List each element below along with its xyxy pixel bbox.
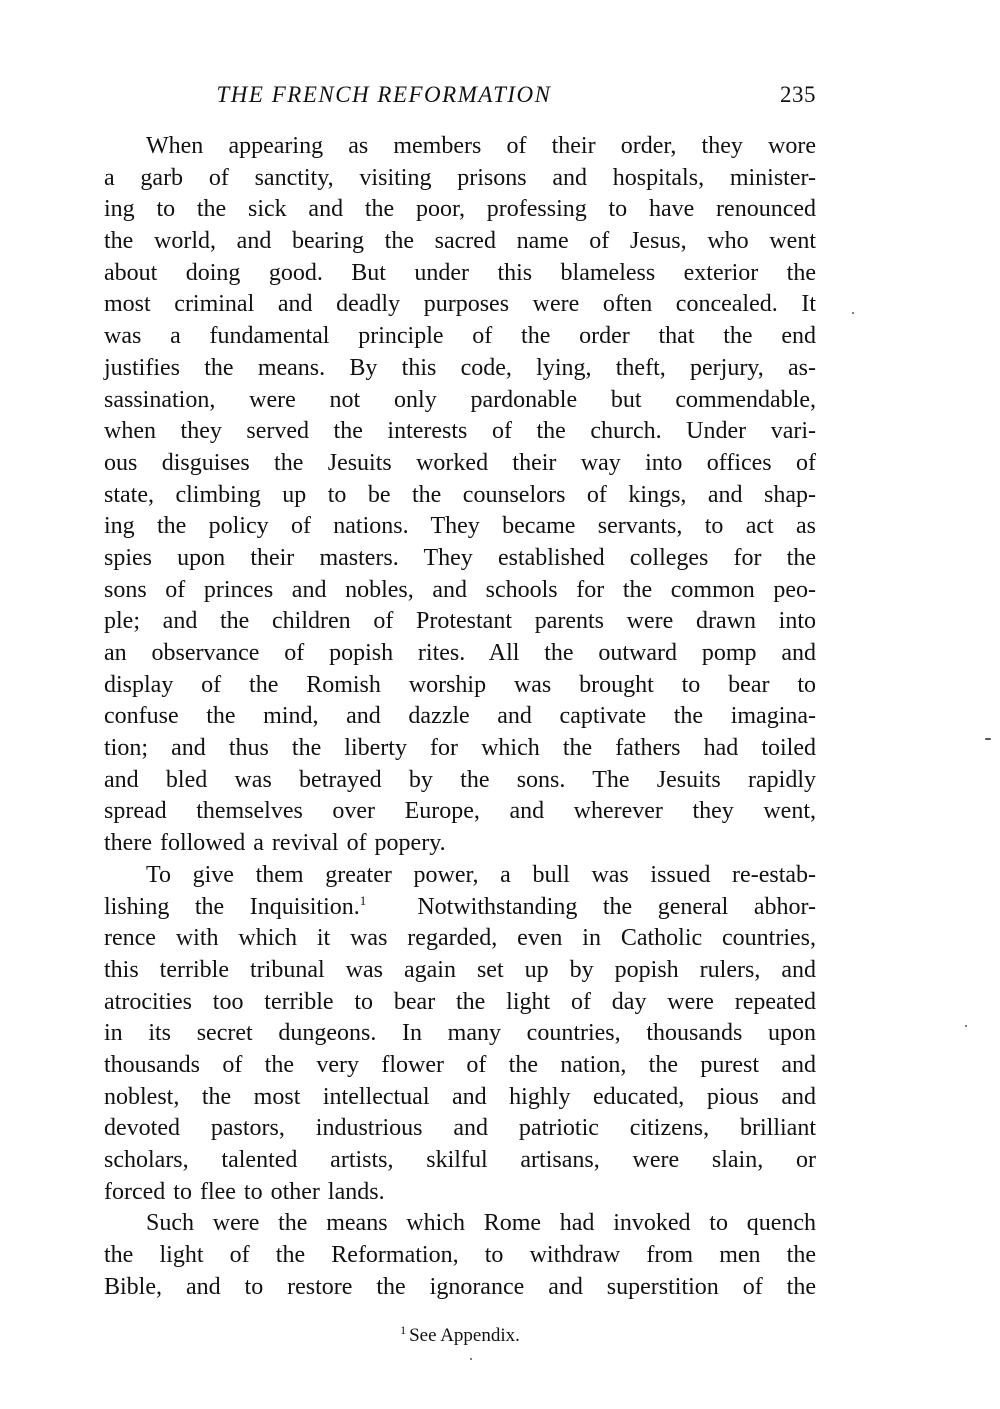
text-line: Such were the means which Rome had invok… xyxy=(104,1208,816,1240)
text-line: forced to flee to other lands. xyxy=(104,1177,816,1209)
text-line: noblest, the most intellectual and highl… xyxy=(104,1082,816,1114)
text-line: display of the Romish worship was brough… xyxy=(104,670,816,702)
text-line: sons of princes and nobles, and schools … xyxy=(104,575,816,607)
footnote-text: See Appendix. xyxy=(409,1325,520,1346)
text-line: When appearing as members of their order… xyxy=(104,131,816,163)
text-line: ple; and the children of Protestant pare… xyxy=(104,606,816,638)
text-line: ing the policy of nations. They became s… xyxy=(104,511,816,543)
scan-speck xyxy=(965,1025,967,1027)
paragraph-2: To give them greater power, a bull was i… xyxy=(104,860,816,1209)
text-line: there followed a revival of popery. xyxy=(104,828,816,860)
text-line: atrocities too terrible to bear the ligh… xyxy=(104,987,816,1019)
text-line: about doing good. But under this blamele… xyxy=(104,258,816,290)
text-line: a garb of sanctity, visiting prisons and… xyxy=(104,163,816,195)
scan-speck xyxy=(985,738,991,740)
scan-speck xyxy=(470,1358,472,1360)
text-fragment: lishing the Inquisition. xyxy=(104,894,360,920)
text-line: ing to the sick and the poor, professing… xyxy=(104,194,816,226)
text-line: sassination, were not only pardonable bu… xyxy=(104,385,816,417)
footnote: 1See Appendix. xyxy=(104,1318,816,1348)
text-line: state, climbing up to be the counselors … xyxy=(104,480,816,512)
text-line: the light of the Reformation, to withdra… xyxy=(104,1240,816,1272)
text-line: rence with which it was regarded, even i… xyxy=(104,923,816,955)
book-page: THE FRENCH REFORMATION 235 When appearin… xyxy=(0,0,1000,1409)
body-text: When appearing as members of their order… xyxy=(104,131,816,1303)
text-line: ous disguises the Jesuits worked their w… xyxy=(104,448,816,480)
text-line: Bible, and to restore the ignorance and … xyxy=(104,1272,816,1304)
text-line: spread themselves over Europe, and where… xyxy=(104,796,816,828)
text-line: most criminal and deadly purposes were o… xyxy=(104,289,816,321)
text-line: justifies the means. By this code, lying… xyxy=(104,353,816,385)
text-line: spies upon their masters. They establish… xyxy=(104,543,816,575)
text-line: the world, and bearing the sacred name o… xyxy=(104,226,816,258)
text-line: scholars, talented artists, skilful arti… xyxy=(104,1145,816,1177)
running-head: THE FRENCH REFORMATION 235 xyxy=(104,78,816,112)
text-line: was a fundamental principle of the order… xyxy=(104,321,816,353)
text-line: To give them greater power, a bull was i… xyxy=(104,860,816,892)
text-line: confuse the mind, and dazzle and captiva… xyxy=(104,701,816,733)
text-line: an observance of popish rites. All the o… xyxy=(104,638,816,670)
text-line: thousands of the very flower of the nati… xyxy=(104,1050,816,1082)
page-number: 235 xyxy=(780,78,816,112)
text-line-with-footnote: lishing the Inquisition.1 Notwithstandin… xyxy=(104,892,816,924)
text-line: and bled was betrayed by the sons. The J… xyxy=(104,765,816,797)
paragraph-1: When appearing as members of their order… xyxy=(104,131,816,860)
text-line: this terrible tribunal was again set up … xyxy=(104,955,816,987)
text-line: in its secret dungeons. In many countrie… xyxy=(104,1018,816,1050)
paragraph-3: Such were the means which Rome had invok… xyxy=(104,1208,816,1303)
scan-speck xyxy=(852,312,854,314)
text-line: when they served the interests of the ch… xyxy=(104,416,816,448)
footnote-mark: 1 xyxy=(400,1323,406,1337)
text-fragment: Notwithstanding the general abhor- xyxy=(366,894,816,920)
running-title: THE FRENCH REFORMATION xyxy=(104,78,664,112)
text-line: tion; and thus the liberty for which the… xyxy=(104,733,816,765)
text-line: devoted pastors, industrious and patriot… xyxy=(104,1113,816,1145)
